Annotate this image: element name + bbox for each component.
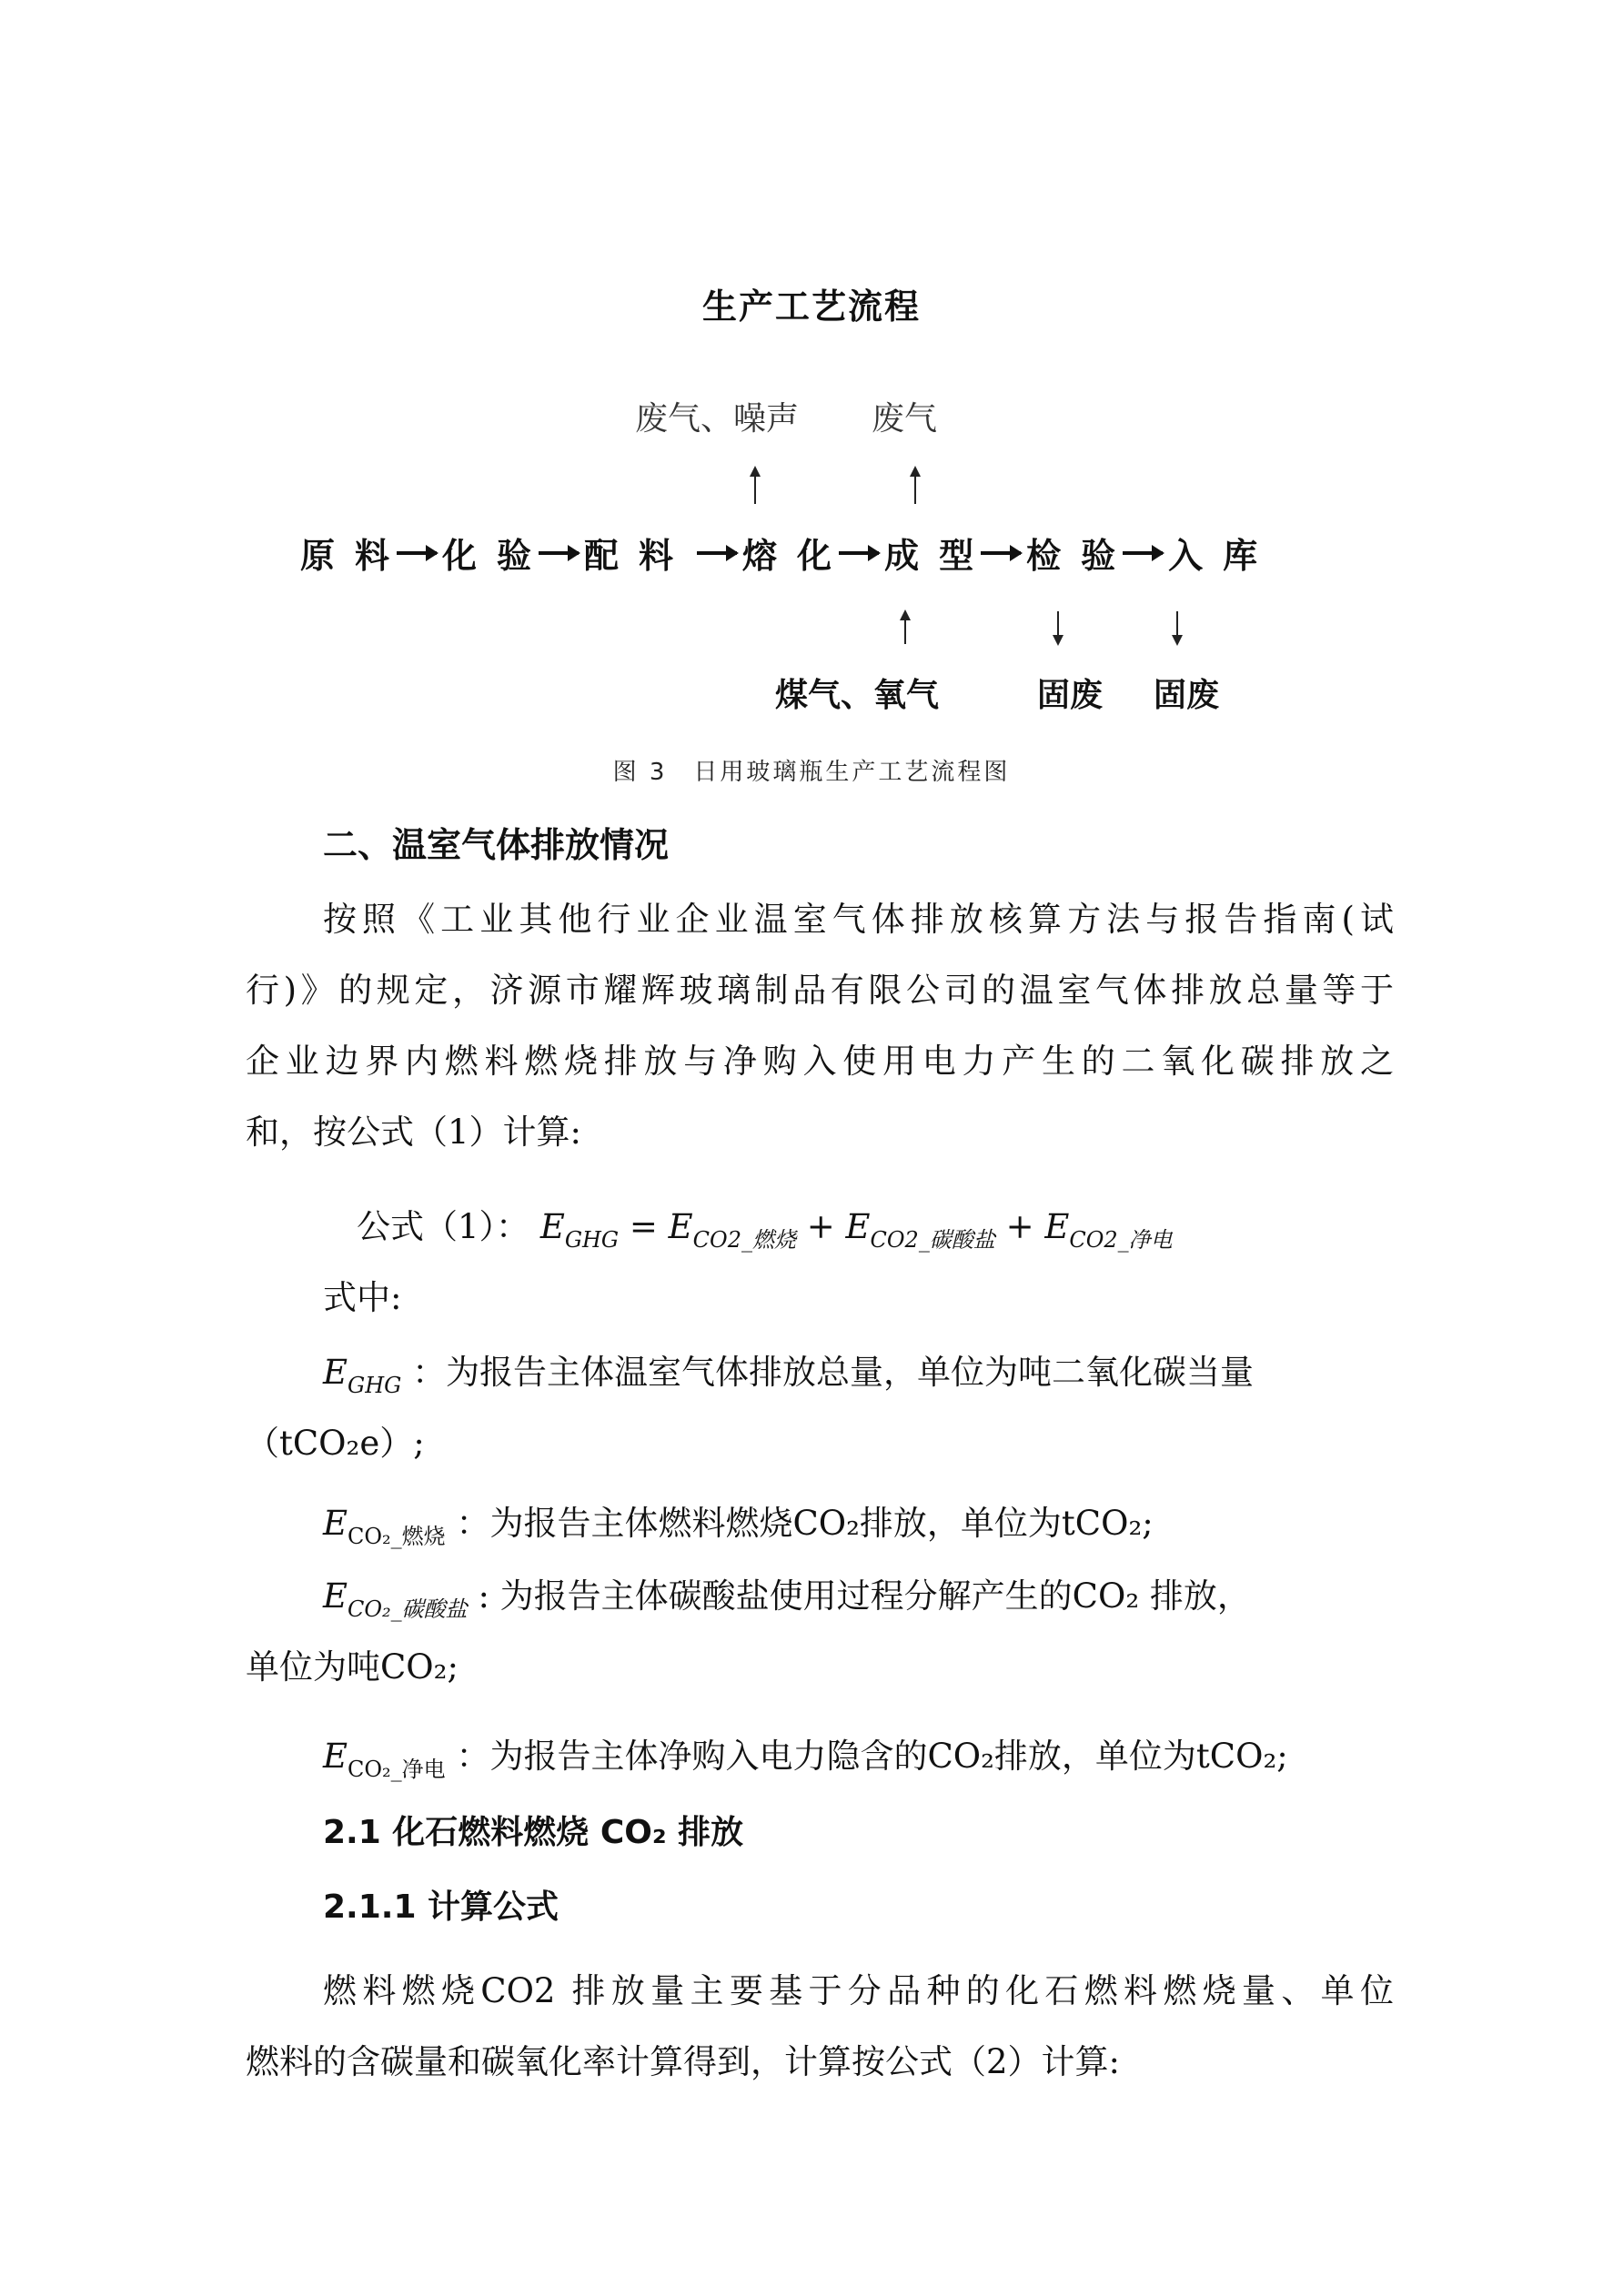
flow-step-melting: 熔化 <box>742 528 852 578</box>
paragraph-line: 企业边界内燃料燃烧排放与净购入使用电力产生的二氧化碳排放之 <box>246 1033 1394 1083</box>
arrow-down-icon <box>1057 611 1059 637</box>
paragraph-line: 燃料的含碳量和碳氧化率计算得到，计算按公式（2）计算: <box>246 2034 1394 2083</box>
arrow-up-icon <box>914 475 916 504</box>
top-label-exhaust: 废气 <box>872 393 937 439</box>
figure-caption: 图 3 日用玻璃瓶生产工艺流程图 <box>0 753 1623 787</box>
top-label-exhaust-noise: 废气、噪声 <box>635 393 799 439</box>
paragraph-line: 按照《工业其他行业企业温室气体排放核算方法与报告指南(试 <box>323 891 1394 941</box>
arrow-right-icon <box>697 551 737 555</box>
flow-step-batching: 配料 <box>584 528 693 578</box>
paragraph-line: 燃料燃烧CO2 排放量主要基于分品种的化石燃料燃烧量、单位 <box>323 1963 1394 2012</box>
formula-1: 公式（1）： EGHG = ECO2_燃烧 + ECO2_碳酸盐 + ECO2_… <box>357 1199 1173 1254</box>
where-label: 式中: <box>323 1270 1471 1319</box>
definition-net-electricity: ECO₂_净电 ：为报告主体净购入电力隐含的CO₂排放，单位为tCO₂; <box>323 1728 1471 1783</box>
bottom-label-solid-waste: 固废 <box>1037 670 1103 716</box>
paragraph-line: 和，按公式（1）计算: <box>246 1104 1394 1153</box>
bottom-label-gas-oxygen: 煤气、氧气 <box>775 670 939 716</box>
arrow-right-icon <box>839 551 879 555</box>
flow-step-raw-material: 原料 <box>300 528 409 578</box>
subheading-2-1: 2.1 化石燃料燃烧 CO₂ 排放 <box>323 1807 743 1853</box>
diagram-title: 生产工艺流程 <box>0 278 1623 328</box>
flow-step-testing: 化验 <box>442 528 551 578</box>
arrow-right-icon <box>539 551 579 555</box>
arrow-up-icon <box>904 619 906 644</box>
arrow-right-icon <box>981 551 1021 555</box>
arrow-down-icon <box>1176 611 1178 637</box>
flow-step-storage: 入库 <box>1168 528 1277 578</box>
arrow-right-icon <box>397 551 437 555</box>
formula-label: 公式（1）： <box>357 1207 529 1246</box>
arrow-up-icon <box>754 475 756 504</box>
section-heading: 二、温室气体排放情况 <box>323 817 669 867</box>
subheading-2-1-1: 2.1.1 计算公式 <box>323 1881 559 1928</box>
arrow-right-icon <box>1123 551 1163 555</box>
definition-ghg: EGHG ：为报告主体温室气体排放总量，单位为吨二氧化碳当量 <box>323 1344 1394 1398</box>
process-flow-row: 原料 化验 配料 熔化 成型 检验 入库 <box>300 528 1277 578</box>
definition-ghg-cont: （tCO₂e）; <box>246 1415 1394 1465</box>
definition-carbonate: ECO₂_碳酸盐 : 为报告主体碳酸盐使用过程分解产生的CO₂ 排放， <box>323 1568 1471 1623</box>
flow-step-inspection: 检验 <box>1026 528 1135 578</box>
definition-combustion: ECO₂_燃烧 ：为报告主体燃料燃烧CO₂排放，单位为tCO₂; <box>323 1495 1471 1550</box>
bottom-label-solid-waste: 固废 <box>1154 670 1219 716</box>
definition-carbonate-cont: 单位为吨CO₂; <box>246 1639 1394 1688</box>
flow-step-forming: 成型 <box>884 528 993 578</box>
paragraph-line: 行)》的规定，济源市耀辉玻璃制品有限公司的温室气体排放总量等于 <box>246 962 1394 1012</box>
